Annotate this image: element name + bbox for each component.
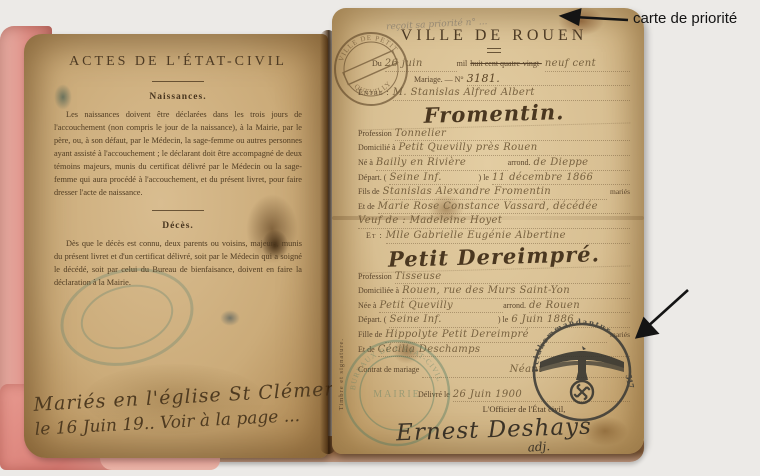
mil-label: mil xyxy=(457,57,468,71)
left-page-title: ACTES DE L'ÉTAT-CIVIL xyxy=(54,54,302,70)
field-value: Stanislas Alexandre Fromentin xyxy=(383,185,607,200)
form-row: Fille de Hippolyte Petit Dereimpré marié… xyxy=(358,328,630,343)
arrow-icon xyxy=(646,290,688,328)
field-value: Tonnelier xyxy=(395,127,630,142)
divider xyxy=(487,48,501,53)
field-value: Cécilia Deschamps xyxy=(378,343,630,358)
et-label: Et : xyxy=(366,229,383,243)
struck-year-text: huit cent quatre-vingt- xyxy=(470,57,542,71)
field-label: Départ. ( xyxy=(358,171,386,185)
year-handwriting: neuf cent xyxy=(545,57,630,72)
field-value: Seine Inf. xyxy=(389,313,497,328)
delivre-line: Délivré le 26 Juin 1900 xyxy=(358,388,630,403)
form-row: Départ. ( Seine Inf. ) le 6 Juin 1886 xyxy=(358,313,630,328)
mariage-label: Mariage. — N° xyxy=(414,73,464,87)
field-value: Hippolyte Petit Dereimpré xyxy=(385,328,607,343)
veuf-line: Veuf de : Madeleine Hoyet xyxy=(358,214,630,229)
naissances-paragraph: Les naissances doivent être déclarées da… xyxy=(54,108,302,199)
field-label: ) le xyxy=(498,313,508,327)
right-page: VILLE DE PETIT QUEVILLY reçoit sa priori… xyxy=(332,8,644,454)
du-label: Du xyxy=(372,57,382,71)
field-value: Petit Quevilly près Rouen xyxy=(399,141,630,156)
form-row: Née à Petit Quevilly arrond. de Rouen xyxy=(358,299,630,314)
deces-paragraph: Dès que le décès est connu, deux parents… xyxy=(54,237,302,289)
field-label: arrond. xyxy=(508,156,531,170)
field-value: 6 Juin 1886 xyxy=(511,313,630,328)
veuf-handwriting: Veuf de : Madeleine Hoyet xyxy=(358,214,630,229)
field-label: arrond. xyxy=(503,299,526,313)
form-row: Né à Bailly en Rivière arrond. de Dieppe xyxy=(358,156,630,171)
field-value: de Rouen xyxy=(529,299,630,314)
form-row: Domicilié à Petit Quevilly près Rouen xyxy=(358,141,630,156)
deces-heading: Décès. xyxy=(54,221,302,231)
divider xyxy=(152,81,204,82)
maries-note: mariés xyxy=(610,185,630,199)
left-page-handwriting: Mariés en l'église St Clément le 16 Juin… xyxy=(33,378,335,440)
form-row: Départ. ( Seine Inf. ) le 11 décembre 18… xyxy=(358,171,630,186)
field-value: Petit Quevilly xyxy=(379,299,503,314)
field-label: Né à xyxy=(358,156,373,170)
scan-background: ACTES DE L'ÉTAT-CIVIL Naissances. Les na… xyxy=(0,0,760,476)
divider xyxy=(152,210,204,211)
form-row: Et de Marie Rose Constance Vassard, décé… xyxy=(358,200,630,215)
field-value: Seine Inf. xyxy=(389,171,478,186)
field-label: Départ. ( xyxy=(358,313,386,327)
form-row: Fils de Stanislas Alexandre Fromentin ma… xyxy=(358,185,630,200)
maries-note: mariés xyxy=(610,328,630,342)
date-day-handwriting: 26 juin xyxy=(385,57,457,72)
contrat-line: Contrat de mariage Néant xyxy=(358,363,630,378)
field-label: Domiciliée à xyxy=(358,284,399,298)
delivre-label: Délivré le xyxy=(418,388,450,402)
mariage-number-line: Mariage. — N° 3181. xyxy=(358,72,630,87)
contrat-label: Contrat de mariage xyxy=(358,363,419,377)
groom-surname: Fromentin. xyxy=(358,97,631,130)
delivre-date: 26 Juin 1900 xyxy=(453,388,630,403)
contrat-value: Néant xyxy=(422,363,630,378)
priority-callout-label: carte de priorité xyxy=(633,10,737,27)
form-row: Et de Cécilia Deschamps xyxy=(358,343,630,358)
field-value: 11 décembre 1866 xyxy=(492,171,630,186)
blue-spot xyxy=(220,310,240,326)
field-value: Rouen, rue des Murs Saint-Yon xyxy=(402,284,630,299)
naissances-heading: Naissances. xyxy=(54,92,302,102)
side-vertical-text: Timbre et signature. xyxy=(338,338,345,410)
field-value: de Dieppe xyxy=(534,156,630,171)
field-label: Domicilié à xyxy=(358,141,396,155)
field-label: Née à xyxy=(358,299,376,313)
field-label: Fils de xyxy=(358,185,380,199)
entre-label: Entre : xyxy=(358,86,390,100)
left-page: ACTES DE L'ÉTAT-CIVIL Naissances. Les na… xyxy=(24,34,328,458)
field-label: ) le xyxy=(479,171,489,185)
field-label: Et de xyxy=(358,343,375,357)
mariage-number: 3181. xyxy=(467,72,630,87)
field-value: Marie Rose Constance Vassard, décédée xyxy=(378,200,630,215)
field-value: Tisseuse xyxy=(395,270,630,285)
form-row: Domiciliée à Rouen, rue des Murs Saint-Y… xyxy=(358,284,630,299)
field-label: Et de xyxy=(358,200,375,214)
bride-surname: Petit Dereimpré. xyxy=(358,240,631,273)
field-value: Bailly en Rivière xyxy=(376,156,508,171)
date-line: Du 26 juin mil huit cent quatre-vingt- n… xyxy=(358,57,630,72)
field-label: Fille de xyxy=(358,328,382,342)
